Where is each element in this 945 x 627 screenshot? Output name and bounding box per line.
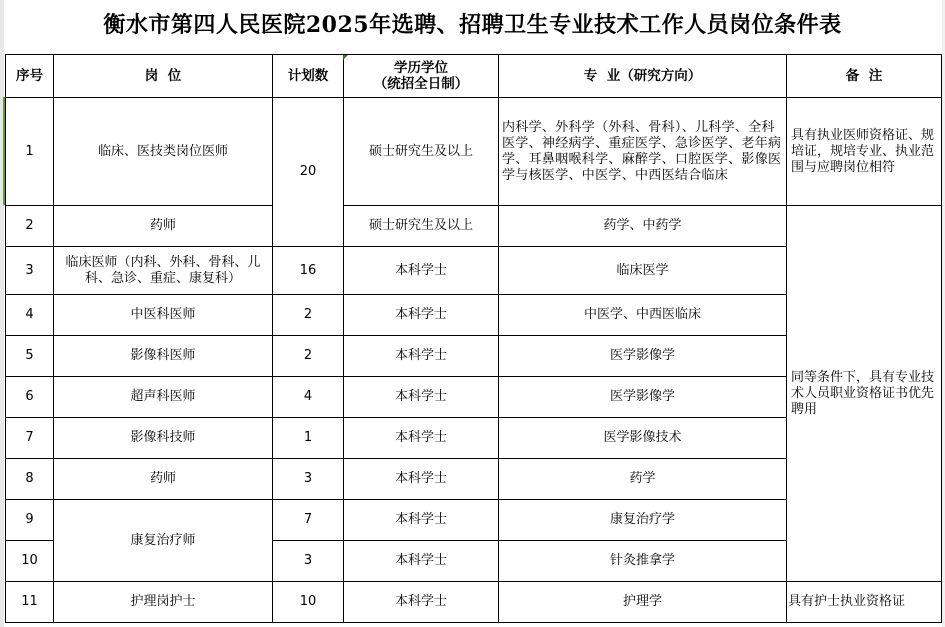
cell-post-1[interactable]: 临床、医技类岗位医师: [54, 98, 273, 206]
cell-education-2[interactable]: 硕士研究生及以上: [344, 206, 499, 247]
cell-seq-7[interactable]: 7: [5, 418, 54, 459]
cell-major-11[interactable]: 护理学: [499, 582, 787, 623]
cell-count-5[interactable]: 2: [273, 336, 344, 377]
cell-seq-1[interactable]: 1: [5, 98, 54, 206]
header-count[interactable]: 计划数: [273, 54, 344, 98]
cell-count-8[interactable]: 3: [273, 459, 344, 500]
header-major[interactable]: 专 业（研究方向）: [499, 54, 787, 98]
cell-post-5[interactable]: 影像科医师: [54, 336, 273, 377]
cell-count-4[interactable]: 2: [273, 295, 344, 336]
cell-education-5[interactable]: 本科学士: [344, 336, 499, 377]
cell-education-10[interactable]: 本科学士: [344, 541, 499, 582]
cell-major-1-text: 内科学、外科学（外科、骨科）、儿科学、全科医学、神经病学、重症医学、急诊医学、老…: [502, 120, 784, 184]
cell-seq-11[interactable]: 11: [5, 582, 54, 623]
cell-count-11[interactable]: 10: [273, 582, 344, 623]
cell-note-1-text: 具有执业医师资格证、规培证，规培专业、执业范围与应聘岗位相符: [791, 128, 937, 176]
cell-education-9[interactable]: 本科学士: [344, 500, 499, 541]
cell-count-6[interactable]: 4: [273, 377, 344, 418]
cell-education-6[interactable]: 本科学士: [344, 377, 499, 418]
cell-count-7[interactable]: 1: [273, 418, 344, 459]
cell-seq-9[interactable]: 9: [5, 500, 54, 541]
cell-note-2-10-text: 同等条件下，具有专业技术人员职业资格证书优先聘用: [791, 370, 937, 418]
header-education[interactable]: 学历学位 （统招全日制）: [344, 54, 499, 98]
cell-education-4[interactable]: 本科学士: [344, 295, 499, 336]
cell-seq-6[interactable]: 6: [5, 377, 54, 418]
cell-post-3[interactable]: 临床医师（内科、外科、骨科、儿科、急诊、重症、康复科）: [54, 247, 273, 295]
cell-education-7[interactable]: 本科学士: [344, 418, 499, 459]
header-note[interactable]: 备 注: [787, 54, 942, 98]
cell-major-3[interactable]: 临床医学: [499, 247, 787, 295]
cell-education-8[interactable]: 本科学士: [344, 459, 499, 500]
cell-seq-3[interactable]: 3: [5, 247, 54, 295]
cell-major-5[interactable]: 医学影像学: [499, 336, 787, 377]
cell-education-1[interactable]: 硕士研究生及以上: [344, 98, 499, 206]
cell-note-2-10[interactable]: 同等条件下，具有专业技术人员职业资格证书优先聘用: [787, 206, 942, 582]
cell-major-4[interactable]: 中医学、中西医临床: [499, 295, 787, 336]
page-title: 衡水市第四人民医院2025年选聘、招聘卫生专业技术工作人员岗位条件表: [0, 8, 945, 42]
row-header-gutter: [0, 0, 4, 627]
cell-note-1[interactable]: 具有执业医师资格证、规培证，规培专业、执业范围与应聘岗位相符: [787, 98, 942, 206]
comment-indicator-icon: [343, 55, 348, 60]
cell-post-2[interactable]: 药师: [54, 206, 273, 247]
header-education-line2: （统招全日制）: [374, 76, 469, 92]
cell-count-10[interactable]: 3: [273, 541, 344, 582]
cell-count-3[interactable]: 16: [273, 247, 344, 295]
cell-post-4[interactable]: 中医科医师: [54, 295, 273, 336]
cell-post-9-10[interactable]: 康复治疗师: [54, 500, 273, 582]
cell-count-1-2[interactable]: 20: [273, 98, 344, 247]
cell-note-11[interactable]: 具有护士执业资格证: [787, 582, 942, 623]
cell-major-10[interactable]: 针灸推拿学: [499, 541, 787, 582]
cell-major-8[interactable]: 药学: [499, 459, 787, 500]
cell-post-11[interactable]: 护理岗护士: [54, 582, 273, 623]
header-education-line1: 学历学位: [394, 60, 448, 76]
header-post[interactable]: 岗 位: [54, 54, 273, 98]
cell-seq-10[interactable]: 10: [5, 541, 54, 582]
cell-education-3[interactable]: 本科学士: [344, 247, 499, 295]
cell-major-1[interactable]: 内科学、外科学（外科、骨科）、儿科学、全科医学、神经病学、重症医学、急诊医学、老…: [499, 98, 787, 206]
cell-seq-4[interactable]: 4: [5, 295, 54, 336]
cell-major-9[interactable]: 康复治疗学: [499, 500, 787, 541]
cell-education-11[interactable]: 本科学士: [344, 582, 499, 623]
cell-post-8[interactable]: 药师: [54, 459, 273, 500]
cell-post-3-text: 临床医师（内科、外科、骨科、儿科、急诊、重症、康复科）: [58, 255, 268, 287]
cell-post-7[interactable]: 影像科技师: [54, 418, 273, 459]
cell-post-6[interactable]: 超声科医师: [54, 377, 273, 418]
cell-seq-2[interactable]: 2: [5, 206, 54, 247]
header-seq[interactable]: 序号: [5, 54, 54, 98]
cell-major-6[interactable]: 医学影像学: [499, 377, 787, 418]
cell-seq-5[interactable]: 5: [5, 336, 54, 377]
cell-seq-8[interactable]: 8: [5, 459, 54, 500]
cell-count-9[interactable]: 7: [273, 500, 344, 541]
cell-major-2[interactable]: 药学、中药学: [499, 206, 787, 247]
cell-major-7[interactable]: 医学影像技术: [499, 418, 787, 459]
